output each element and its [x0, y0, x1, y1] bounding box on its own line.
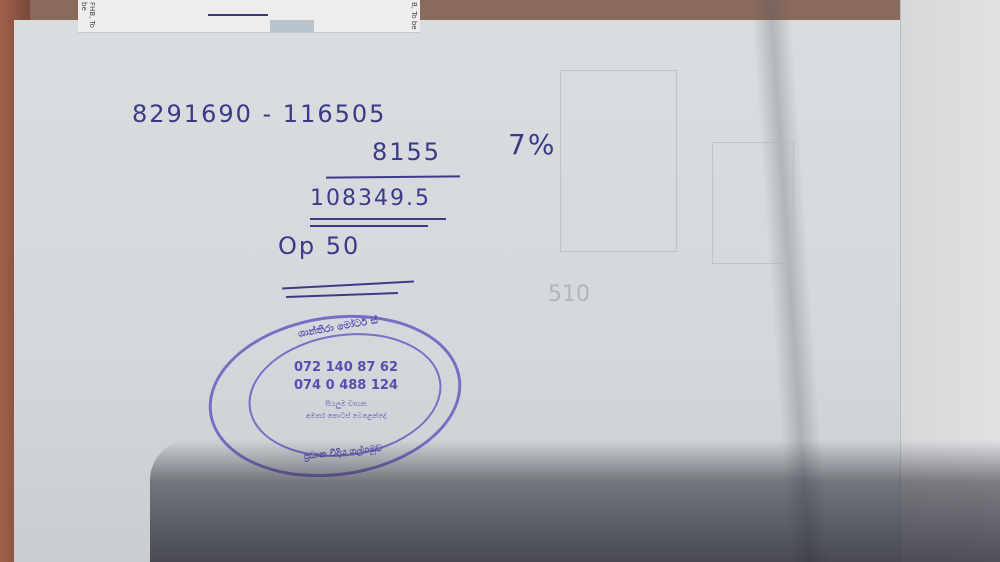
underline-2a	[310, 218, 446, 220]
stamp-phone-2: 074 0 488 124	[286, 378, 406, 393]
stamp-phone-1: 072 140 87 62	[286, 360, 406, 375]
stamp-tagline-1: සියලුම වාහන	[296, 400, 396, 409]
faint-bleed-number: 510	[548, 282, 590, 307]
faint-bleed-box-2	[712, 142, 794, 264]
hand-shadow	[150, 440, 1000, 562]
top-slip: FHB, To be B, To be	[78, 0, 420, 33]
slip-underline	[208, 14, 268, 16]
slip-edge-text-right: B, To be	[410, 2, 418, 30]
underline-2b	[310, 225, 428, 227]
slip-edge-text-left: FHB, To be	[80, 2, 96, 32]
calc-line-3: 108349.5	[310, 186, 431, 211]
calc-line-1: 8291690 - 116505	[132, 100, 386, 128]
percent-note: 7%	[508, 128, 556, 161]
faint-bleed-box	[560, 70, 677, 252]
calc-line-2: 8155	[372, 138, 441, 166]
stamp-tagline-2: අමතර කොටස් වෙළෙන්දෝ	[296, 412, 396, 421]
calc-line-4: Op 50	[278, 232, 360, 260]
slip-blue-patch	[270, 20, 314, 32]
